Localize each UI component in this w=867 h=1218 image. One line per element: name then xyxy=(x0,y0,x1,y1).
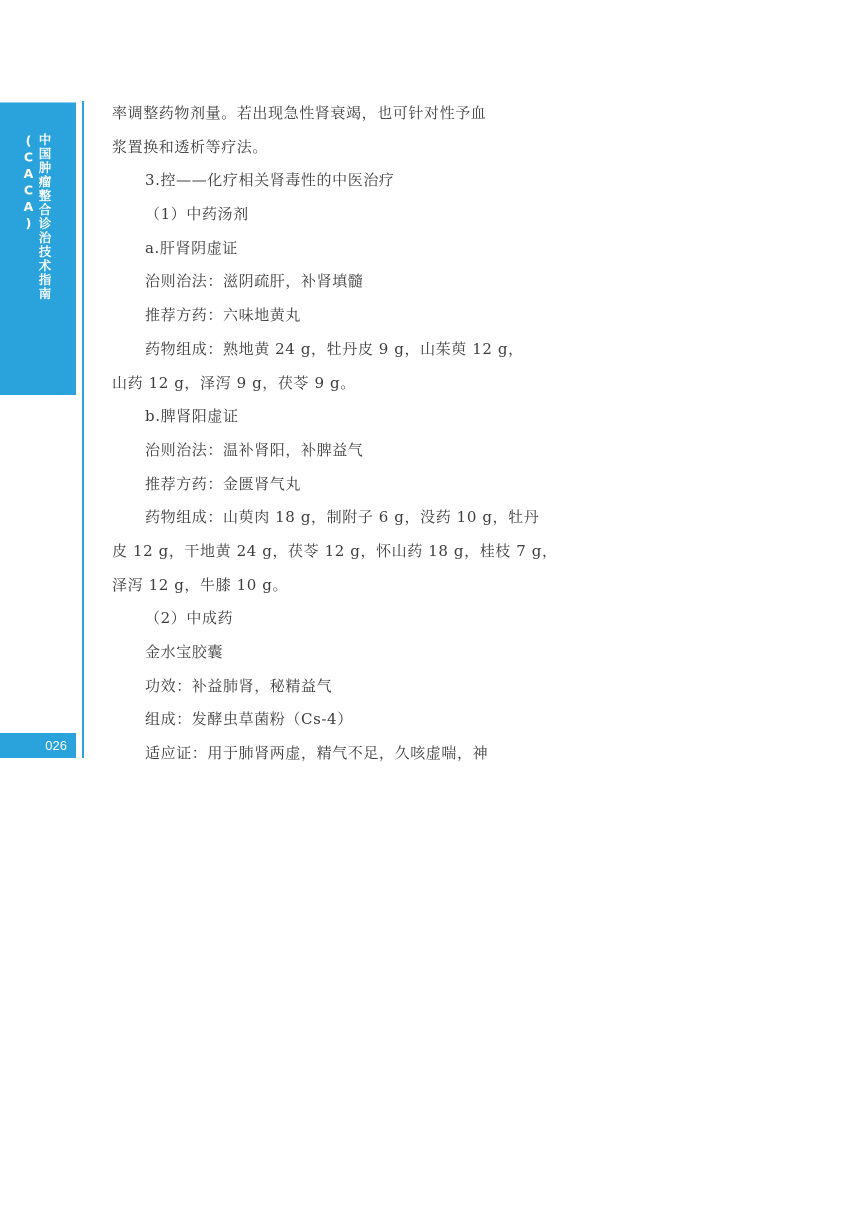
text-line: 推荐方药：六味地黄丸 xyxy=(112,299,522,333)
text-line: 药物组成：山萸肉 18 g，制附子 6 g，没药 10 g，牡丹 xyxy=(112,501,522,535)
book-title: 中国肿瘤整合诊治技术指南(CACA) xyxy=(36,133,52,395)
text-line: 适应证：用于肺肾两虚，精气不足，久咳虚喘，神 xyxy=(112,737,522,771)
page-number-badge: 026 xyxy=(0,733,76,758)
text-line: 浆置换和透析等疗法。 xyxy=(112,131,522,165)
text-line: 泽泻 12 g，牛膝 10 g。 xyxy=(112,569,522,603)
syndrome-heading: b.脾肾阳虚证 xyxy=(112,400,522,434)
text-line: 组成：发酵虫草菌粉（Cs-4） xyxy=(112,703,522,737)
text-line: 治则治法：滋阴疏肝，补肾填髓 xyxy=(112,265,522,299)
text-line: 率调整药物剂量。若出现急性肾衰竭，也可针对性予血 xyxy=(112,97,522,131)
text-line: 推荐方药：金匮肾气丸 xyxy=(112,468,522,502)
subsection-heading: （2）中成药 xyxy=(112,602,522,636)
page-body: 率调整药物剂量。若出现急性肾衰竭，也可针对性予血 浆置换和透析等疗法。 3.控—… xyxy=(112,97,522,771)
page-number: 026 xyxy=(45,738,67,753)
text-line: 功效：补益肺肾，秘精益气 xyxy=(112,670,522,704)
book-title-banner: 中国肿瘤整合诊治技术指南(CACA) xyxy=(0,102,76,395)
section-heading: 3.控——化疗相关肾毒性的中医治疗 xyxy=(112,164,522,198)
syndrome-heading: a.肝肾阴虚证 xyxy=(112,232,522,266)
margin-divider xyxy=(82,101,84,758)
text-line: 药物组成：熟地黄 24 g，牡丹皮 9 g，山茱萸 12 g， xyxy=(112,333,522,367)
medicine-name: 金水宝胶囊 xyxy=(112,636,522,670)
subsection-heading: （1）中药汤剂 xyxy=(112,198,522,232)
text-line: 治则治法：温补肾阳，补脾益气 xyxy=(112,434,522,468)
text-line: 皮 12 g，干地黄 24 g，茯苓 12 g，怀山药 18 g，桂枝 7 g， xyxy=(112,535,522,569)
text-line: 山药 12 g，泽泻 9 g，茯苓 9 g。 xyxy=(112,367,522,401)
